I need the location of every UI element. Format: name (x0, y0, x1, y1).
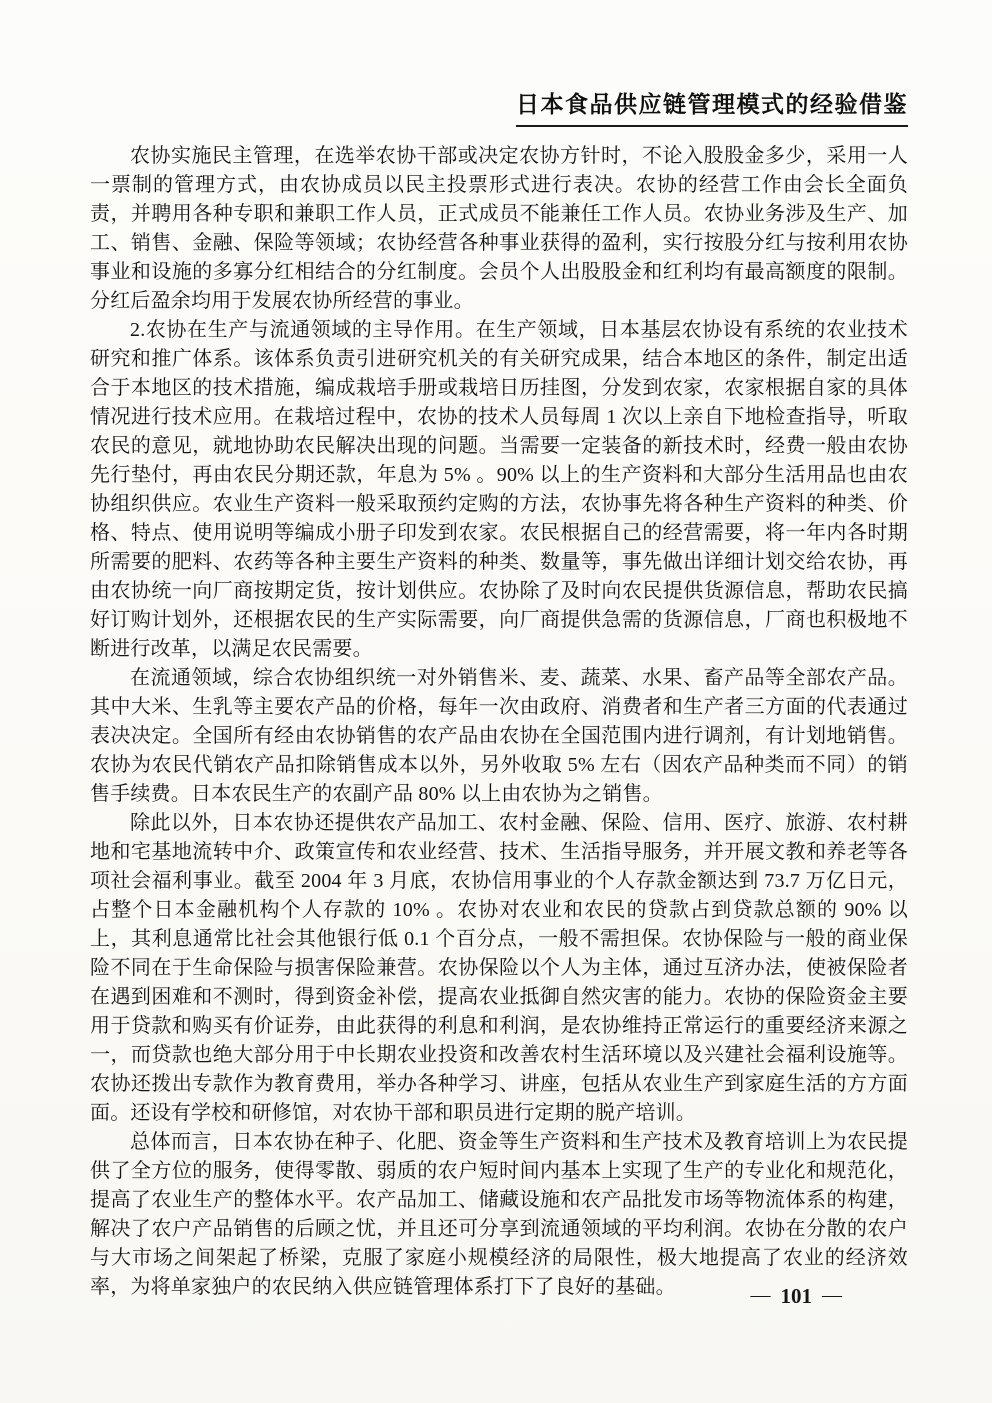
document-page: 日本食品供应链管理模式的经验借鉴 农协实施民主管理，在选举农协干部或决定农协方针… (0, 0, 992, 1403)
paragraph-3: 在流通领域，综合农协组织统一对外销售米、麦、蔬菜、水果、畜产品等全部农产品。其中… (90, 664, 908, 809)
page-number: 101 (771, 1284, 823, 1308)
page-number-dash-left: — (751, 1284, 771, 1306)
page-title: 日本食品供应链管理模式的经验借鉴 (516, 86, 908, 127)
paragraph-1: 农协实施民主管理，在选举农协干部或决定农协方针时，不论入股股金多少，采用一人一票… (90, 142, 908, 316)
article-body: 农协实施民主管理，在选举农协干部或决定农协方针时，不论入股股金多少，采用一人一票… (90, 142, 908, 1302)
paragraph-4: 除此以外，日本农协还提供农产品加工、农村金融、保险、信用、医疗、旅游、农村耕地和… (90, 809, 908, 1128)
paragraph-2: 2.农协在生产与流通领域的主导作用。在生产领域，日本基层农协设有系统的农业技术研… (90, 316, 908, 664)
paragraph-5: 总体而言，日本农协在种子、化肥、资金等生产资料和生产技术及教育培训上为农民提供了… (90, 1128, 908, 1302)
running-head: 日本食品供应链管理模式的经验借鉴 (516, 86, 908, 127)
page-number-dash-right: — (822, 1284, 842, 1306)
page-footer: —101— (751, 1284, 843, 1309)
